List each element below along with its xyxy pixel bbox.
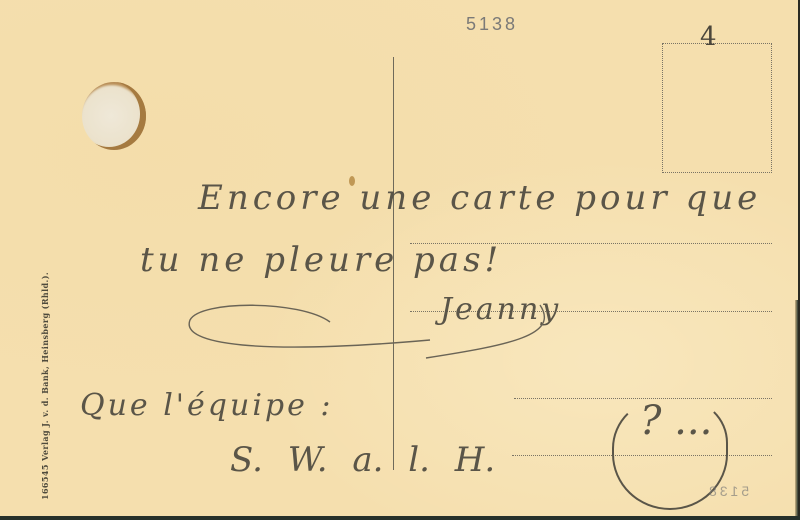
card-edge-right: [795, 300, 798, 516]
postcard-back: 5138 4 166545 Verlag J. v. d. Bank, Hein…: [0, 0, 798, 516]
card-edge-bottom: [0, 516, 800, 520]
pencil-bleedthrough-number: 5138: [706, 483, 749, 499]
signature-flourish: [0, 0, 798, 516]
